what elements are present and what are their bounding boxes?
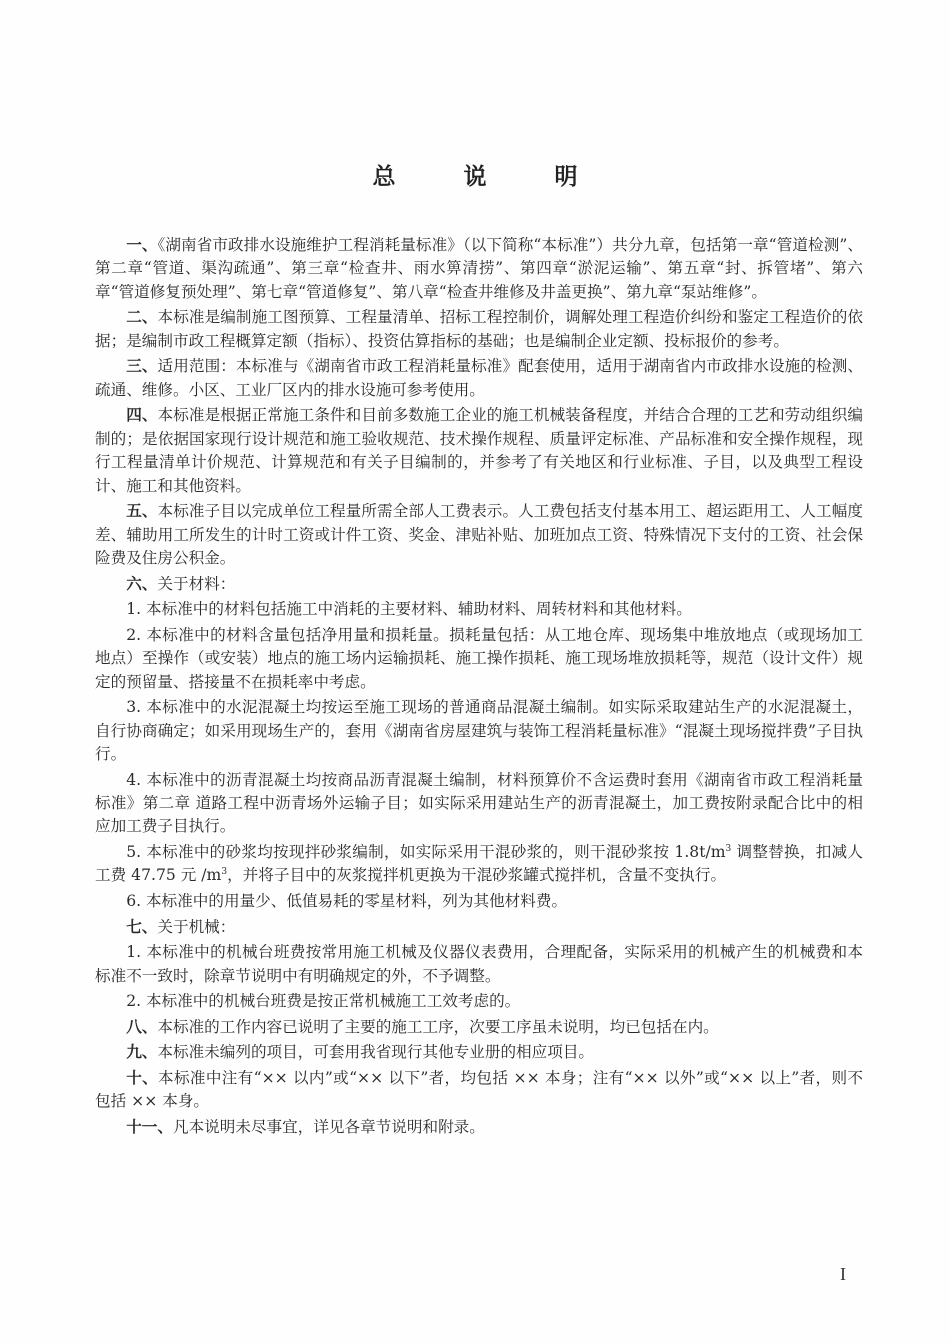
paragraph-11: 十一、凡本说明未尽事宜，详见各章节说明和附录。 — [95, 1116, 863, 1139]
section-materials-heading: 六、关于材料： — [95, 573, 863, 596]
paragraph-text: 本标准中注有“×× 以内”或“×× 以下”者，均包括 ×× 本身；注有“×× 以… — [95, 1069, 863, 1110]
section-number: 一、 — [126, 236, 157, 254]
materials-item-5: 5. 本标准中的砂浆均按现拌砂浆编制，如实际采用干混砂浆的，则干混砂浆按 1.8… — [95, 841, 863, 888]
paragraph-10: 十、本标准中注有“×× 以内”或“×× 以下”者，均包括 ×× 本身；注有“××… — [95, 1067, 863, 1114]
document-body: 一、《湖南省市政排水设施维护工程消耗量标准》（以下简称“本标准”）共分九章，包括… — [95, 234, 863, 1142]
section-number: 二、 — [126, 308, 157, 326]
section-number: 九、 — [126, 1043, 157, 1061]
section-number: 七、 — [126, 918, 157, 936]
paragraph-text: 《湖南省市政排水设施维护工程消耗量标准》（以下简称“本标准”）共分九章，包括第一… — [95, 236, 863, 301]
paragraph-text: 1. 本标准中的材料包括施工中消耗的主要材料、辅助材料、周转材料和其他材料。 — [126, 600, 692, 618]
section-number: 十一、 — [126, 1118, 173, 1136]
machinery-item-1: 1. 本标准中的机械台班费按常用施工机械及仪器仪表费用，合理配备，实际采用的机械… — [95, 941, 863, 988]
paragraph-text: 本标准未编列的项目，可套用我省现行其他专业册的相应项目。 — [157, 1043, 594, 1061]
paragraph-text: 本标准的工作内容已说明了主要的施工工序，次要工序虽未说明，均已包括在内。 — [157, 1018, 718, 1036]
paragraph-2: 二、本标准是编制施工图预算、工程量清单、招标工程控制价，调解处理工程造价纠纷和鉴… — [95, 306, 863, 353]
section-number: 八、 — [126, 1018, 157, 1036]
paragraph-text: 2. 本标准中的机械台班费是按正常机械施工工效考虑的。 — [126, 992, 520, 1010]
materials-item-3: 3. 本标准中的水泥混凝土均按运至施工现场的普通商品混凝土编制。如实际采取建站生… — [95, 696, 863, 766]
page-title: 总 说 明 — [0, 158, 950, 191]
paragraph-text: 4. 本标准中的沥青混凝土均按商品沥青混凝土编制，材料预算价不含运费时套用《湖南… — [95, 771, 863, 836]
paragraph-text: 凡本说明未尽事宜，详见各章节说明和附录。 — [173, 1118, 485, 1136]
paragraph-text: 适用范围：本标准与《湖南省市政工程消耗量标准》配套使用，适用于湖南省内市政排水设… — [95, 357, 863, 398]
paragraph-text: 本标准子目以完成单位工程量所需全部人工费表示。人工费包括支付基本用工、超运距用工… — [95, 502, 863, 567]
materials-item-2: 2. 本标准中的材料含量包括净用量和损耗量。损耗量包括：从工地仓库、现场集中堆放… — [95, 624, 863, 694]
paragraph-text: 本标准是编制施工图预算、工程量清单、招标工程控制价，调解处理工程造价纠纷和鉴定工… — [95, 308, 863, 349]
page-number: I — [840, 1264, 846, 1285]
paragraph-text: 6. 本标准中的用量少、低值易耗的零星材料，列为其他材料费。 — [126, 892, 567, 910]
section-number: 三、 — [126, 357, 157, 375]
paragraph-8: 八、本标准的工作内容已说明了主要的施工工序，次要工序虽未说明，均已包括在内。 — [95, 1016, 863, 1039]
paragraph-1: 一、《湖南省市政排水设施维护工程消耗量标准》（以下简称“本标准”）共分九章，包括… — [95, 234, 863, 304]
paragraph-text: 关于材料： — [157, 575, 235, 593]
paragraph-text: 2. 本标准中的材料含量包括净用量和损耗量。损耗量包括：从工地仓库、现场集中堆放… — [95, 626, 863, 691]
materials-item-1: 1. 本标准中的材料包括施工中消耗的主要材料、辅助材料、周转材料和其他材料。 — [95, 598, 863, 621]
materials-item-4: 4. 本标准中的沥青混凝土均按商品沥青混凝土编制，材料预算价不含运费时套用《湖南… — [95, 769, 863, 839]
paragraph-9: 九、本标准未编列的项目，可套用我省现行其他专业册的相应项目。 — [95, 1041, 863, 1064]
paragraph-text: 5. 本标准中的砂浆均按现拌砂浆编制，如实际采用干混砂浆的，则干混砂浆按 1.8… — [126, 843, 725, 861]
section-number: 十、 — [126, 1069, 158, 1087]
paragraph-text: 1. 本标准中的机械台班费按常用施工机械及仪器仪表费用，合理配备，实际采用的机械… — [95, 943, 863, 984]
paragraph-text: 关于机械： — [157, 918, 235, 936]
paragraph-3: 三、适用范围：本标准与《湖南省市政工程消耗量标准》配套使用，适用于湖南省内市政排… — [95, 355, 863, 402]
section-number: 四、 — [126, 406, 157, 424]
paragraph-text: 本标准是根据正常施工条件和目前多数施工企业的施工机械装备程度，并结合合理的工艺和… — [95, 406, 863, 494]
paragraph-text: 3. 本标准中的水泥混凝土均按运至施工现场的普通商品混凝土编制。如实际采取建站生… — [95, 698, 863, 763]
machinery-item-2: 2. 本标准中的机械台班费是按正常机械施工工效考虑的。 — [95, 990, 863, 1013]
paragraph-4: 四、本标准是根据正常施工条件和目前多数施工企业的施工机械装备程度，并结合合理的工… — [95, 404, 863, 498]
document-page: 总 说 明 一、《湖南省市政排水设施维护工程消耗量标准》（以下简称“本标准”）共… — [0, 0, 950, 1343]
section-machinery-heading: 七、关于机械： — [95, 916, 863, 939]
paragraph-5: 五、本标准子目以完成单位工程量所需全部人工费表示。人工费包括支付基本用工、超运距… — [95, 500, 863, 570]
materials-item-6: 6. 本标准中的用量少、低值易耗的零星材料，列为其他材料费。 — [95, 890, 863, 913]
paragraph-text: ，并将子目中的灰浆搅拌机更换为干混砂浆罐式搅拌机，含量不变执行。 — [227, 866, 726, 884]
section-number: 六、 — [126, 575, 157, 593]
section-number: 五、 — [126, 502, 157, 520]
